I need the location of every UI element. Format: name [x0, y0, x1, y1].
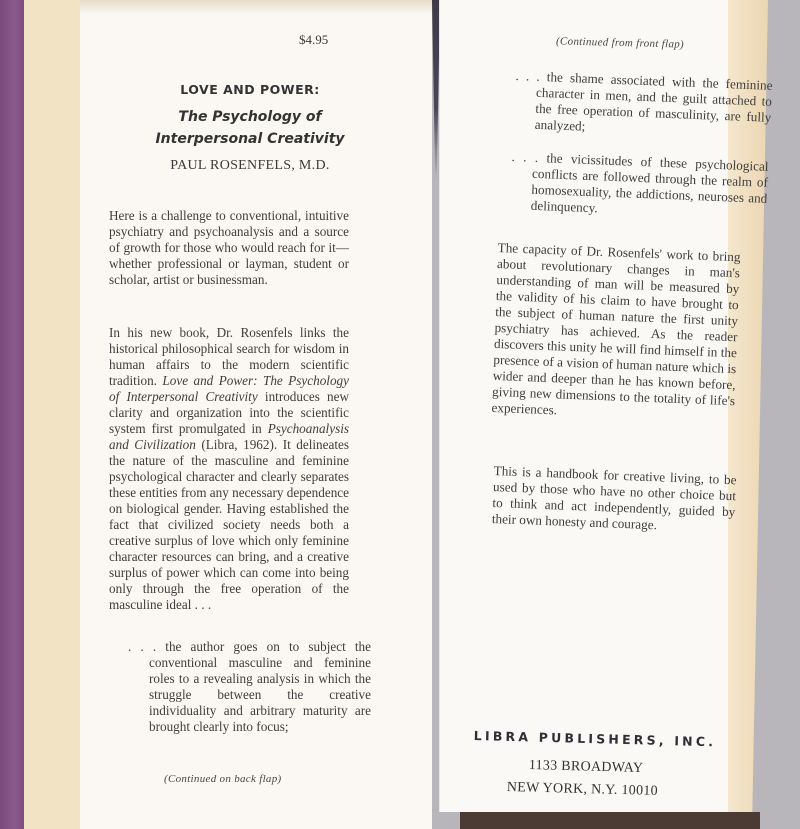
publisher-address-line-1: 1133 BROADWAY [529, 758, 644, 777]
author-name: PAUL ROSENFELS, M.D. [100, 158, 400, 174]
subtitle-line-2: Interpersonal Creativity [100, 128, 400, 150]
back-paragraph-3: The capacity of Dr. Rosenfels' work to b… [491, 240, 741, 425]
bottom-shadow [460, 812, 760, 829]
front-paragraph-2: In his new book, Dr. Rosenfels links the… [109, 325, 349, 613]
back-paragraph-4: This is a handbook for creative living, … [492, 463, 737, 536]
subtitle-line-1: The Psychology of [100, 106, 400, 128]
book-title: LOVE AND POWER: [100, 82, 400, 97]
back-paragraph-1: . . . the shame associated with the femi… [514, 68, 773, 142]
back-paragraph-2: . . . the vicissitudes of these psycholo… [510, 149, 769, 223]
front-paragraph-1: Here is a challenge to conventional, int… [109, 208, 349, 288]
top-edge-shadow [80, 0, 432, 14]
jacket-tan-edge [24, 0, 80, 829]
paragraph-text: (Libra, 1962). It delineates the nature … [109, 437, 349, 612]
flap-fold-shadow [432, 0, 440, 180]
spine-purple-edge [0, 0, 24, 829]
front-paragraph-3: . . . the author goes on to subject the … [128, 639, 371, 735]
continued-on-back-note: (Continued on back flap) [164, 773, 281, 785]
book-subtitle: The Psychology of Interpersonal Creativi… [100, 106, 400, 150]
price: $4.95 [299, 32, 328, 48]
